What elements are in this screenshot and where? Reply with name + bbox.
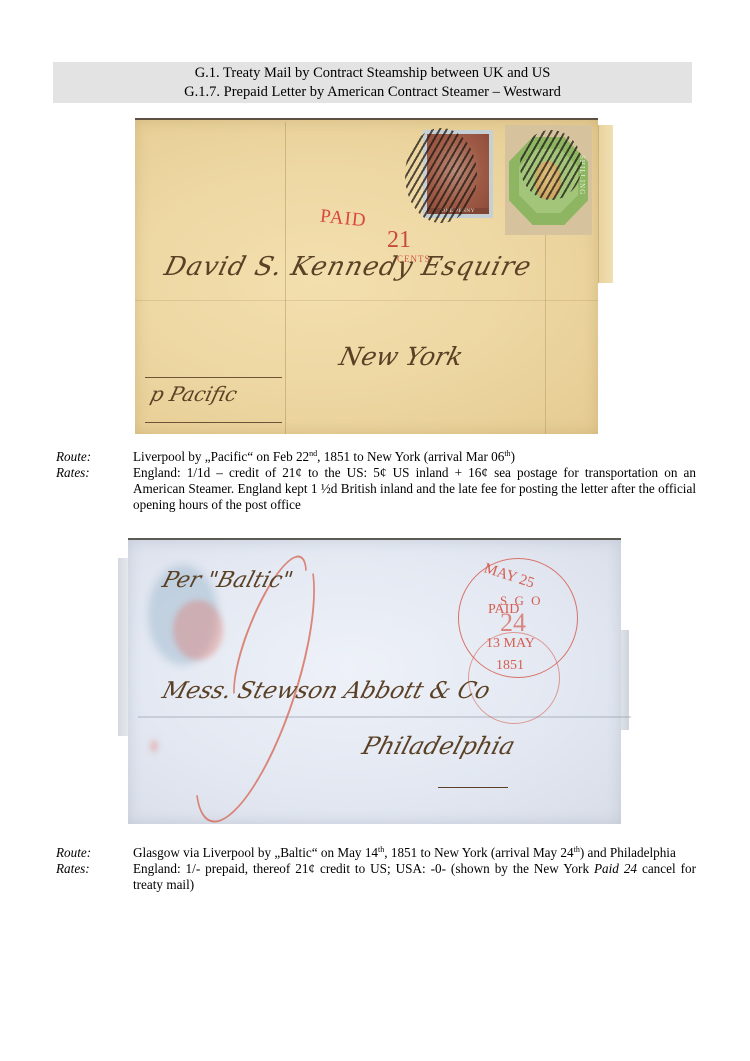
ship-endorsement: p Pacific xyxy=(148,382,240,406)
city-handwriting: Philadelphia xyxy=(359,732,518,760)
stain xyxy=(150,740,158,752)
cover-flap xyxy=(598,125,613,283)
underline xyxy=(145,377,282,378)
cover-description-1: Route: Liverpool by „Pacific“ on Feb 22n… xyxy=(56,449,696,513)
paid-amount: 21 xyxy=(387,227,411,254)
cds-day: 13 MAY xyxy=(486,636,535,652)
route-text: Glasgow via Liverpool by „Baltic“ on May… xyxy=(133,845,696,861)
stain xyxy=(173,600,223,660)
section-header: G.1. Treaty Mail by Contract Steamship b… xyxy=(53,62,692,103)
cover-paper: ONE PENNY SHILLING PAID 21 CENTS David S… xyxy=(135,118,598,434)
cover-paper: MAY 25 S G O PAID 24 13 MAY 1851 Per "Ba… xyxy=(128,538,621,824)
rates-text: England: 1/- prepaid, thereof 21¢ credit… xyxy=(133,861,696,893)
cover-flap xyxy=(118,558,128,736)
rates-text: England: 1/1d – credit of 21¢ to the US:… xyxy=(133,465,696,513)
addressee-handwriting: Mess. Stewson Abbott & Co xyxy=(159,678,493,704)
fold-line xyxy=(545,230,546,434)
route-text: Liverpool by „Pacific“ on Feb 22nd, 1851… xyxy=(133,449,696,465)
numeral-cancel-mark xyxy=(405,128,477,223)
paid-cancel: PAID xyxy=(319,206,368,233)
numeral-cancel-mark xyxy=(520,130,582,200)
section-title: G.1. Treaty Mail by Contract Steamship b… xyxy=(53,64,692,83)
city-handwriting: New York xyxy=(336,342,466,371)
addressee-handwriting: David S. Kennedy Esquire xyxy=(161,252,535,282)
rates-label: Rates: xyxy=(56,861,133,893)
underline xyxy=(438,787,508,788)
rates-label: Rates: xyxy=(56,465,133,513)
underline xyxy=(145,422,282,423)
cds-amount: 24 xyxy=(500,608,526,638)
route-label: Route: xyxy=(56,449,133,465)
cover-image-pacific: ONE PENNY SHILLING PAID 21 CENTS David S… xyxy=(135,118,613,434)
cover-description-2: Route: Glasgow via Liverpool by „Baltic“… xyxy=(56,845,696,893)
route-label: Route: xyxy=(56,845,133,861)
ship-endorsement: Per "Baltic" xyxy=(159,568,295,593)
cover-image-baltic: MAY 25 S G O PAID 24 13 MAY 1851 Per "Ba… xyxy=(118,538,630,824)
subsection-title: G.1.7. Prepaid Letter by American Contra… xyxy=(53,83,692,102)
cover-flap xyxy=(621,630,629,730)
cds-year: 1851 xyxy=(496,658,524,674)
fold-line xyxy=(135,300,598,301)
